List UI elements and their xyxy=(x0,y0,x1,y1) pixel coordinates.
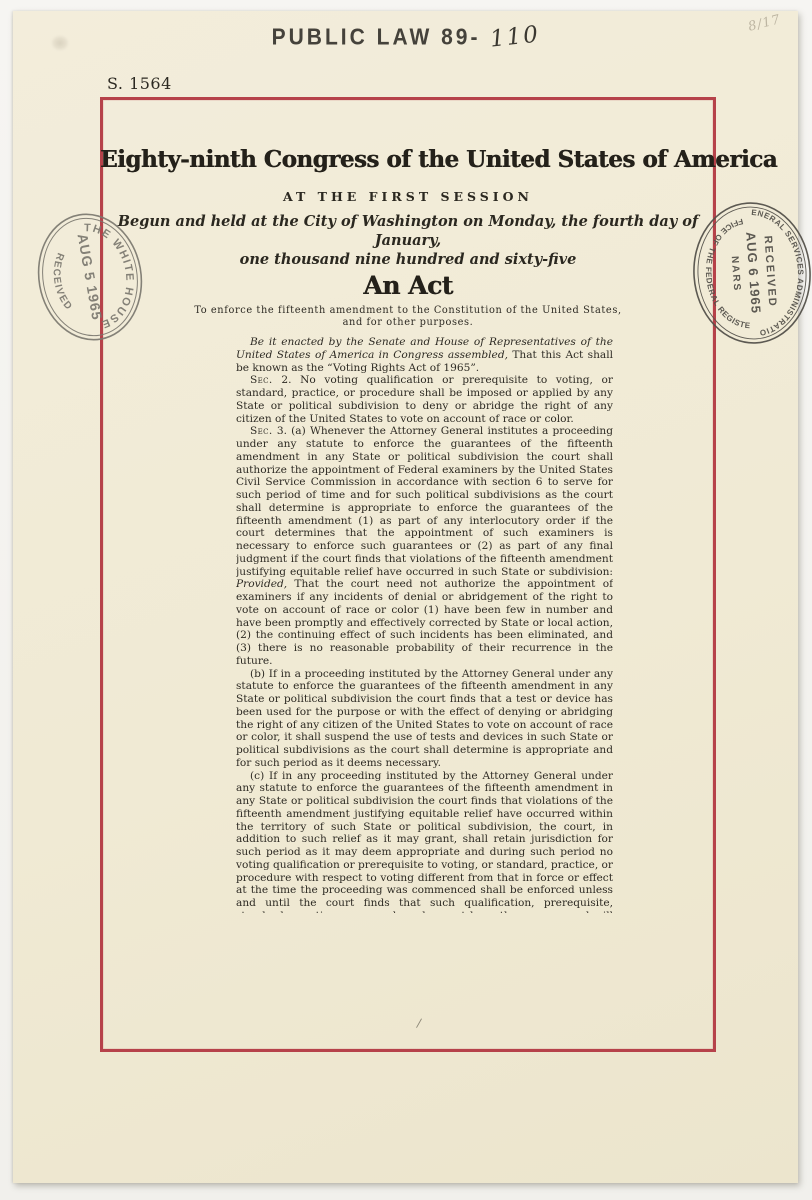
act-heading: An Act xyxy=(100,271,716,300)
bill-number: S. 1564 xyxy=(107,74,172,93)
body-paragraph: Sec. 2. No voting qualification or prere… xyxy=(236,374,613,425)
convened-line-2: one thousand nine hundred and sixty-five xyxy=(100,250,716,269)
public-law-handwritten-number: 110 xyxy=(489,21,541,52)
act-body: Be it enacted by the Senate and House of… xyxy=(236,336,613,913)
wh-stamp-date: AUG 5 1965 xyxy=(74,232,105,321)
scanned-document-page: PUBLIC LAW 89- 110 8/17 S. 1564 Eighty-n… xyxy=(0,0,812,1200)
congress-title: Eighty-ninth Congress of the United Stat… xyxy=(100,146,716,173)
convened-line-1: Begun and held at the City of Washington… xyxy=(100,212,716,250)
gsa-stamp-nars: NARS xyxy=(729,256,743,293)
body-paragraph: Be it enacted by the Senate and House of… xyxy=(236,336,613,374)
public-law-stamp-text: PUBLIC LAW 89- xyxy=(272,25,481,51)
public-law-header: PUBLIC LAW 89- 110 xyxy=(0,24,812,50)
body-paragraph: (b) If in a proceeding instituted by the… xyxy=(236,668,613,770)
act-purpose: To enforce the fifteenth amendment to th… xyxy=(100,305,716,328)
gsa-stamp-date: AUG 6 1965 xyxy=(743,231,764,314)
gsa-received-stamp: GENERAL SERVICES ADMINISTRATION OFFICE O… xyxy=(676,194,812,352)
convened-statement: Begun and held at the City of Washington… xyxy=(100,212,716,269)
paper-smudge xyxy=(52,36,68,50)
body-paragraph: Sec. 3. (a) Whenever the Attorney Genera… xyxy=(236,425,613,667)
body-paragraph: (c) If in any proceeding instituted by t… xyxy=(236,770,613,914)
white-house-received-stamp: THE WHITE HOUSE RECEIVED AUG 5 1965 xyxy=(14,198,166,356)
gsa-stamp-received: RECEIVED xyxy=(761,235,778,308)
act-purpose-line-2: and for other purposes. xyxy=(100,317,716,329)
act-purpose-line-1: To enforce the fifteenth amendment to th… xyxy=(100,305,716,317)
session-line: AT THE FIRST SESSION xyxy=(100,189,716,204)
